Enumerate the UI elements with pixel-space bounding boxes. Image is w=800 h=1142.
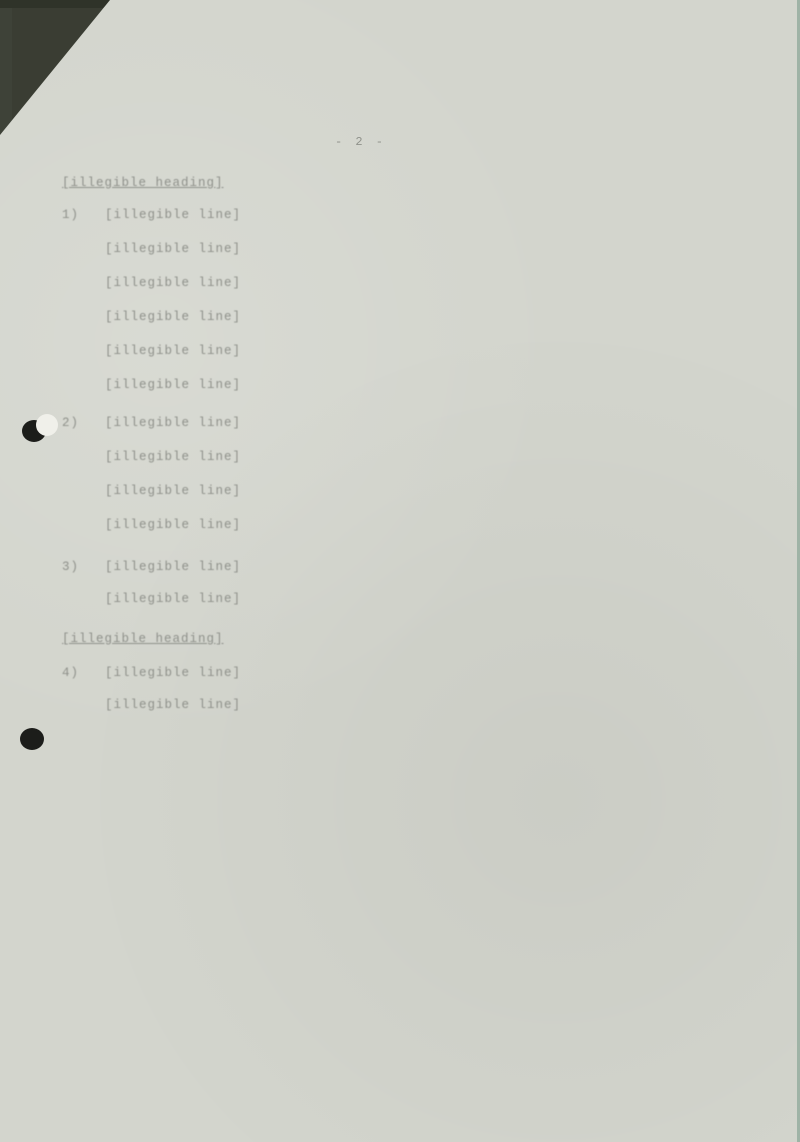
paragraph-line: [illegible line]	[105, 378, 241, 392]
paragraph-line: [illegible line]	[105, 276, 241, 290]
paragraph-line: [illegible line]	[105, 484, 241, 498]
paragraph-line: [illegible line]	[105, 416, 241, 430]
paragraph-number: 3)	[62, 560, 79, 574]
paragraph-number: 1)	[62, 208, 79, 222]
paragraph-line: [illegible line]	[105, 450, 241, 464]
paragraph-number: 2)	[62, 416, 79, 430]
punch-hole-icon	[22, 420, 46, 442]
paragraph-number: 4)	[62, 666, 79, 680]
paragraph-line: [illegible line]	[105, 560, 241, 574]
paragraph-line: [illegible line]	[105, 310, 241, 324]
section-heading: [illegible heading]	[62, 176, 224, 190]
section-heading: [illegible heading]	[62, 632, 224, 646]
paragraph-line: [illegible line]	[105, 698, 241, 712]
page-number: - 2 -	[335, 135, 386, 149]
paragraph-line: [illegible line]	[105, 344, 241, 358]
punch-hole-icon	[20, 728, 44, 750]
paragraph-line: [illegible line]	[105, 518, 241, 532]
paragraph-line: [illegible line]	[105, 666, 241, 680]
paragraph-line: [illegible line]	[105, 208, 241, 222]
paragraph-line: [illegible line]	[105, 592, 241, 606]
paragraph-line: [illegible line]	[105, 242, 241, 256]
